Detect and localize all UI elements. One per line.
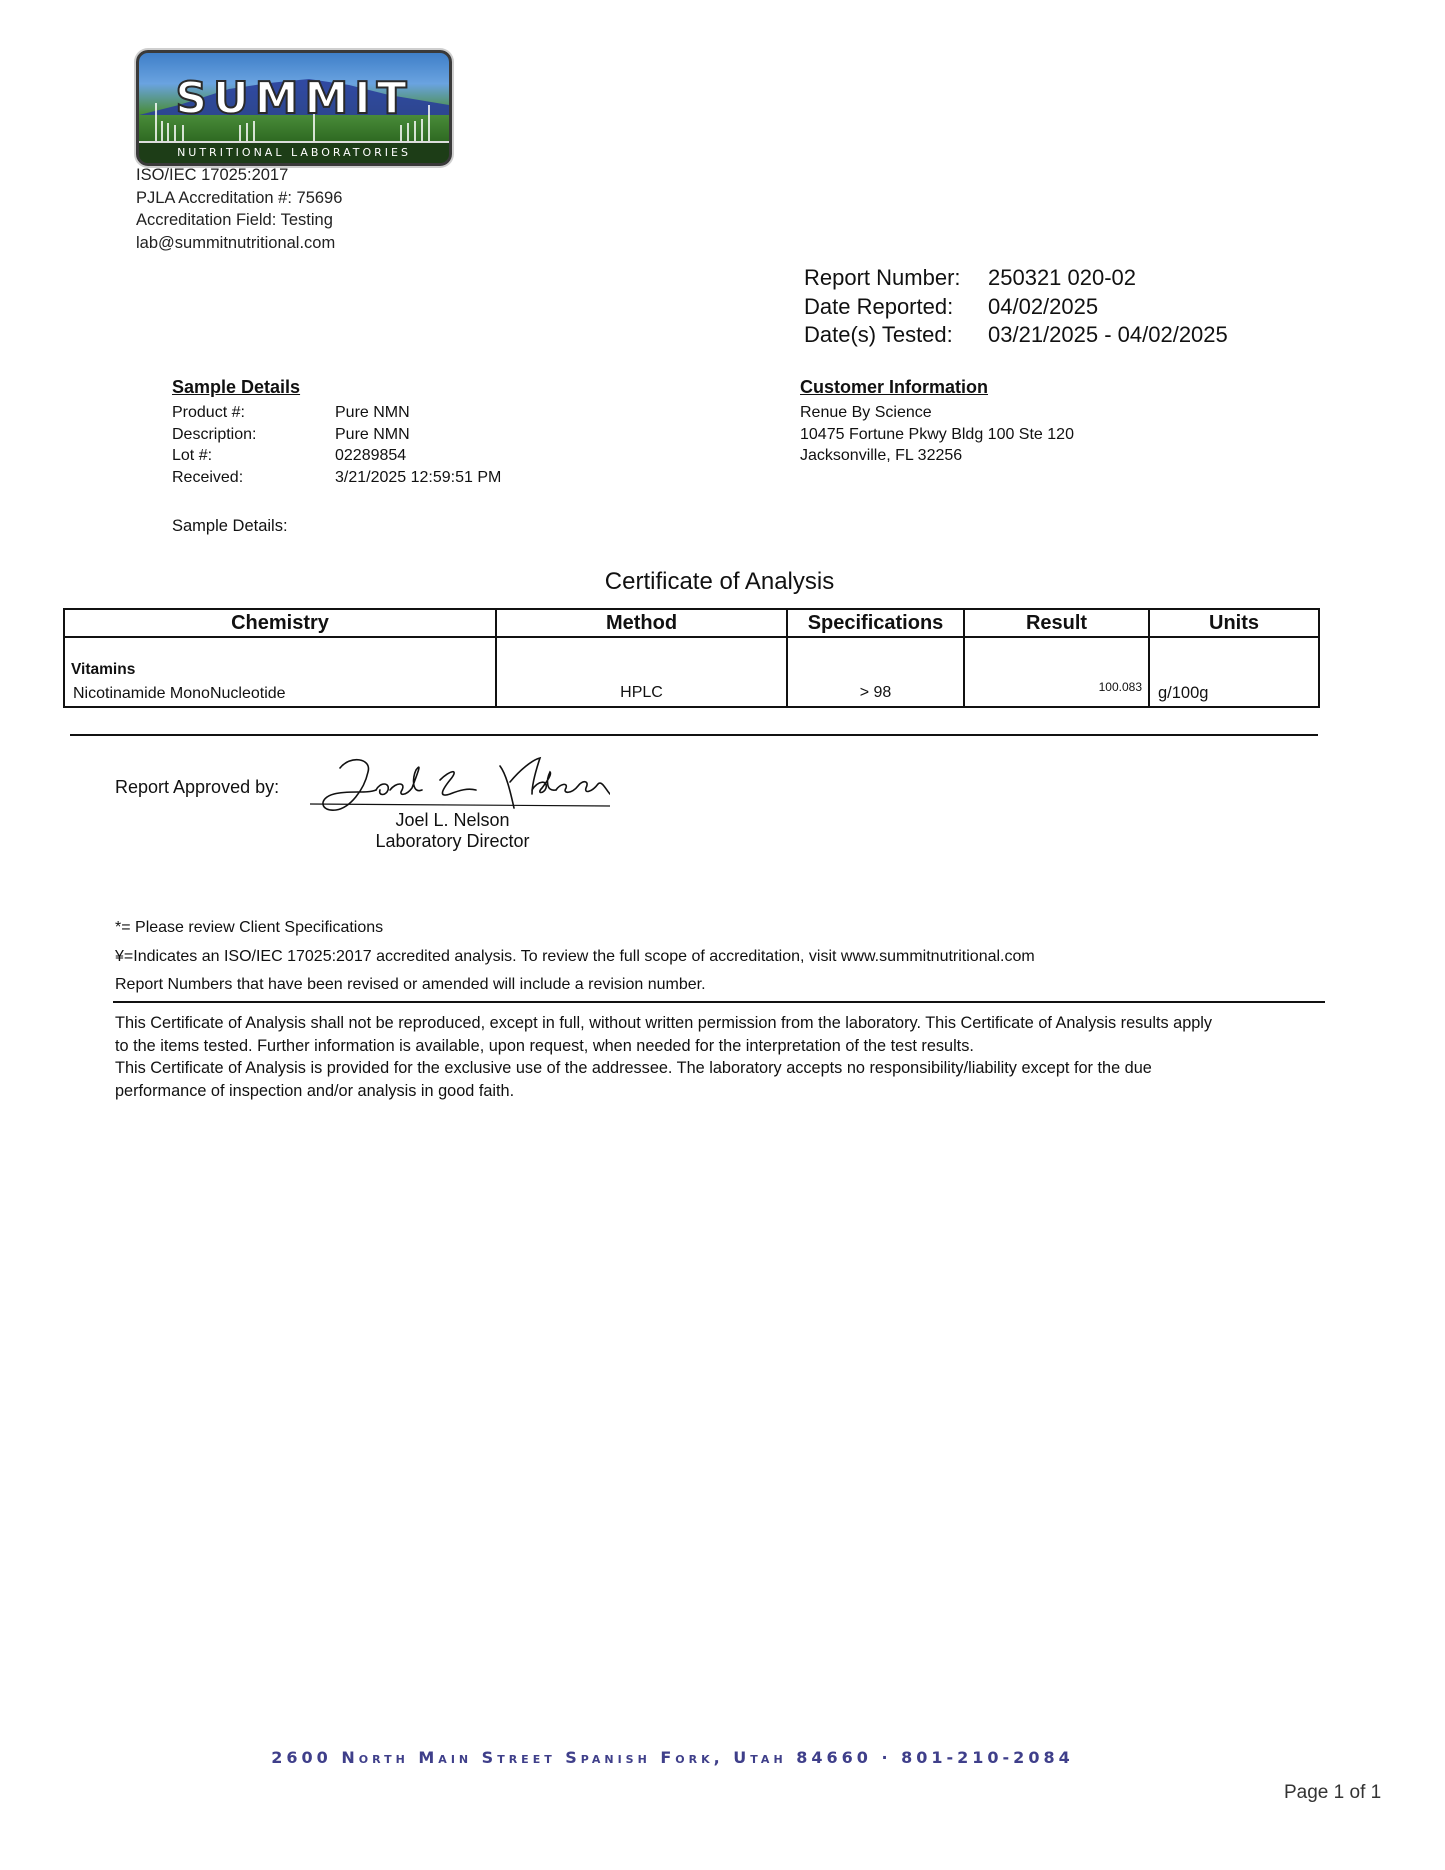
page-number: Page 1 of 1: [1284, 1782, 1381, 1804]
certificate-title-text: Certificate of Analysis: [605, 568, 834, 595]
specification-cell: > 98: [787, 637, 964, 707]
approval-label: Report Approved by:: [115, 777, 279, 798]
accreditation-field: Accreditation Field: Testing: [136, 209, 342, 232]
lot-label: Lot #:: [172, 445, 335, 467]
sample-details-note-label: Sample Details:: [172, 517, 288, 536]
sample-details-heading: Sample Details: [172, 377, 501, 398]
disclaimer: This Certificate of Analysis shall not b…: [115, 1012, 1325, 1102]
category-label: Vitamins: [65, 657, 495, 679]
product-label: Product #:: [172, 402, 335, 424]
report-number-label: Report Number:: [804, 264, 988, 293]
customer-street: 10475 Fortune Pkwy Bldg 100 Ste 120: [800, 424, 1074, 446]
dates-tested-row: Date(s) Tested: 03/21/2025 - 04/02/2025: [804, 321, 1228, 350]
sample-field-row: Description: Pure NMN: [172, 424, 501, 446]
date-reported-label: Date Reported:: [804, 293, 988, 322]
product-value: Pure NMN: [335, 402, 410, 424]
logo-tagline: NUTRITIONAL LABORATORIES: [139, 141, 449, 163]
received-value: 3/21/2025 12:59:51 PM: [335, 467, 501, 489]
footnote-revisions: Report Numbers that have been revised or…: [115, 971, 1035, 1000]
report-meta: Report Number: 250321 020-02 Date Report…: [804, 264, 1228, 350]
footnote-accredited-analysis: ¥=Indicates an ISO/IEC 17025:2017 accred…: [115, 943, 1035, 972]
report-number-row: Report Number: 250321 020-02: [804, 264, 1228, 293]
lot-value: 02289854: [335, 445, 406, 467]
column-header-result: Result: [964, 609, 1149, 637]
dates-tested-value: 03/21/2025 - 04/02/2025: [988, 321, 1228, 350]
customer-city: Jacksonville, FL 32256: [800, 445, 1074, 467]
date-reported-row: Date Reported: 04/02/2025: [804, 293, 1228, 322]
divider: [113, 1001, 1325, 1003]
results-table: Chemistry Method Specifications Result U…: [63, 608, 1320, 708]
method-cell: HPLC: [496, 637, 787, 707]
footer-address-text: 2600 North Main Street Spanish Fork, Uta…: [271, 1748, 1073, 1767]
column-header-method: Method: [496, 609, 787, 637]
date-reported-value: 04/02/2025: [988, 293, 1098, 322]
units-cell: g/100g: [1149, 637, 1319, 707]
disclaimer-line: This Certificate of Analysis shall not b…: [115, 1012, 1325, 1035]
approver: Joel L. Nelson Laboratory Director: [310, 810, 595, 852]
received-label: Received:: [172, 467, 335, 489]
approver-name: Joel L. Nelson: [310, 810, 595, 831]
customer-information-heading: Customer Information: [800, 377, 1074, 398]
description-label: Description:: [172, 424, 335, 446]
customer-name: Renue By Science: [800, 402, 1074, 424]
accreditation-number: PJLA Accreditation #: 75696: [136, 187, 342, 210]
footer-address: 2600 North Main Street Spanish Fork, Uta…: [0, 1748, 1445, 1767]
table-row: Vitamins Nicotinamide MonoNucleotide HPL…: [64, 637, 1319, 707]
approver-title: Laboratory Director: [310, 831, 595, 852]
result-cell: 100.083: [964, 637, 1149, 707]
accreditation-standard: ISO/IEC 17025:2017: [136, 164, 342, 187]
customer-information: Customer Information Renue By Science 10…: [800, 377, 1074, 467]
divider: [70, 734, 1318, 736]
disclaimer-line: This Certificate of Analysis is provided…: [115, 1057, 1325, 1080]
summit-logo: SUMMIT NUTRITIONAL LABORATORIES: [136, 50, 452, 166]
footnote-client-specs: *= Please review Client Specifications: [115, 914, 1035, 943]
report-number-value: 250321 020-02: [988, 264, 1136, 293]
sample-field-row: Lot #: 02289854: [172, 445, 501, 467]
disclaimer-line: performance of inspection and/or analysi…: [115, 1080, 1325, 1103]
dates-tested-label: Date(s) Tested:: [804, 321, 988, 350]
results-header-row: Chemistry Method Specifications Result U…: [64, 609, 1319, 637]
sample-field-row: Product #: Pure NMN: [172, 402, 501, 424]
logo-wordmark: SUMMIT: [139, 73, 449, 124]
lab-email: lab@summitnutritional.com: [136, 232, 342, 255]
footnotes: *= Please review Client Specifications ¥…: [115, 914, 1035, 1000]
sample-details: Sample Details Product #: Pure NMN Descr…: [172, 377, 501, 488]
chemistry-cell: Vitamins Nicotinamide MonoNucleotide: [64, 637, 496, 707]
column-header-units: Units: [1149, 609, 1319, 637]
column-header-chemistry: Chemistry: [64, 609, 496, 637]
certificate-title: Certificate of Analysis: [0, 568, 1445, 596]
description-value: Pure NMN: [335, 424, 410, 446]
analyte-name: Nicotinamide MonoNucleotide: [65, 679, 495, 706]
disclaimer-line: to the items tested. Further information…: [115, 1035, 1325, 1058]
sample-field-row: Received: 3/21/2025 12:59:51 PM: [172, 467, 501, 489]
column-header-specifications: Specifications: [787, 609, 964, 637]
accreditation-info: ISO/IEC 17025:2017 PJLA Accreditation #:…: [136, 164, 342, 254]
